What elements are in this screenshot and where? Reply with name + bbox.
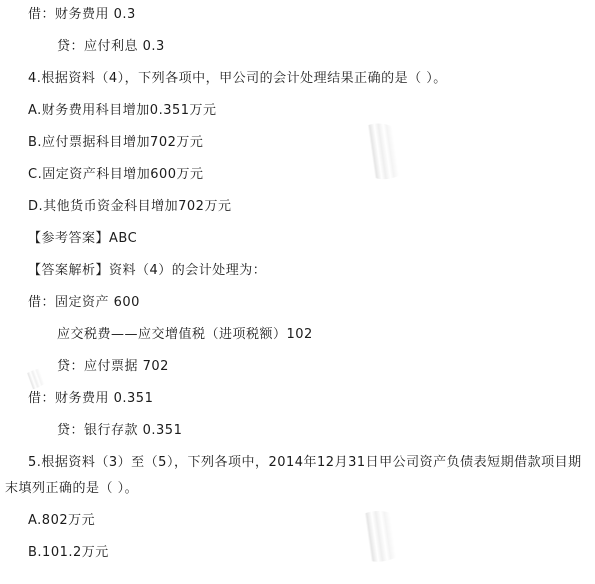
journal-debit-tax-payable-vat: 应交税费——应交增值税（进项税额）102 (5, 322, 591, 348)
answer-analysis-heading: 【答案解析】资料（4）的会计处理为： (5, 258, 591, 284)
question-4-stem: 4.根据资料（4），下列各项中，甲公司的会计处理结果正确的是（ ）。 (5, 66, 591, 92)
journal-debit-fixed-assets: 借：固定资产 600 (5, 290, 591, 316)
document-page: 借：财务费用 0.3 贷：应付利息 0.3 4.根据资料（4），下列各项中，甲公… (0, 0, 595, 584)
reference-answer: 【参考答案】ABC (5, 226, 591, 252)
journal-credit-notes-payable: 贷：应付票据 702 (5, 354, 591, 380)
question-5-option-b: B.101.2万元 (5, 540, 591, 566)
question-5-option-a: A.802万元 (5, 508, 591, 534)
question-4-option-a: A.财务费用科目增加0.351万元 (5, 98, 591, 124)
journal-debit-finance-expense: 借：财务费用 0.3 (5, 2, 591, 28)
question-4-option-d: D.其他货币资金科目增加702万元 (5, 194, 591, 220)
journal-credit-bank-deposit: 贷：银行存款 0.351 (5, 418, 591, 444)
journal-debit-finance-expense-2: 借：财务费用 0.351 (5, 386, 591, 412)
journal-credit-interest-payable: 贷：应付利息 0.3 (5, 34, 591, 60)
question-5-stem: 5.根据资料（3）至（5），下列各项中，2014年12月31日甲公司资产负债表短… (5, 450, 591, 502)
question-4-option-c: C.固定资产科目增加600万元 (5, 162, 591, 188)
question-4-option-b: B.应付票据科目增加702万元 (5, 130, 591, 156)
